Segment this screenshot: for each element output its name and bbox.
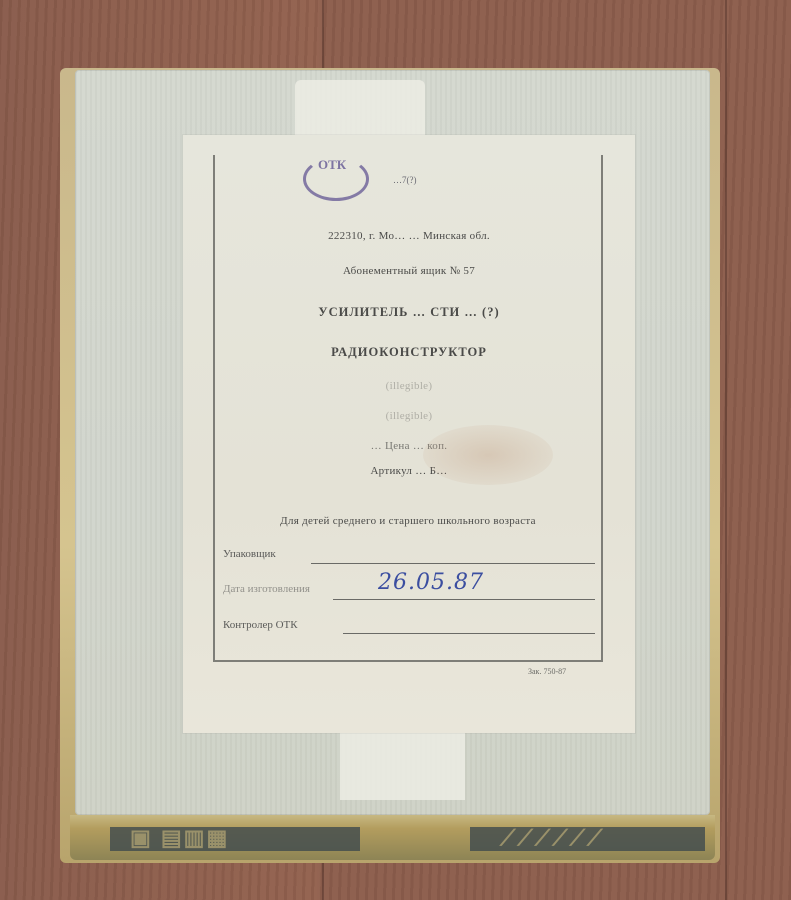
purpose-line: Для детей среднего и старшего школьного … (243, 515, 573, 527)
packer-underline (311, 563, 595, 564)
date-handwritten: 26.05.87 (378, 570, 484, 595)
mailbox-line: Абонементный ящик № 57 (183, 265, 635, 277)
date-label: Дата изготовления (223, 583, 310, 595)
stamp-mark: …7(?) (393, 175, 417, 185)
address-line: 222310, г. Мо… … Минская обл. (183, 230, 635, 242)
packer-label: Упаковщик (223, 548, 276, 560)
price-value: … Цена … коп. (183, 440, 635, 452)
model-line: (illegible) (183, 380, 635, 392)
article-line: Артикул … Б… (183, 465, 635, 477)
box-side-print: ▣ ▤▥▦ ⟋⟋⟋⟋⟋⟋ (70, 815, 715, 860)
stamp-text: ОТК (318, 157, 346, 173)
print-stripes-right: ⟋⟋⟋⟋⟋⟋ (500, 825, 604, 851)
product-type: РАДИОКОНСТРУКТОР (183, 345, 635, 360)
controller-underline (343, 633, 595, 634)
date-underline (333, 599, 595, 600)
print-logo-left: ▣ ▤▥▦ (130, 825, 229, 851)
product-line: УСИЛИТЕЛЬ … СТИ … (?) (183, 305, 635, 320)
stain (423, 425, 553, 485)
print-order: Зак. 750-87 (528, 667, 566, 676)
price-line: (illegible) (183, 410, 635, 422)
product-label: ОТК …7(?) 222310, г. Мо… … Минская обл. … (183, 135, 635, 733)
controller-label: Контролер ОТК (223, 619, 298, 631)
floor-plank-seam (725, 0, 727, 900)
